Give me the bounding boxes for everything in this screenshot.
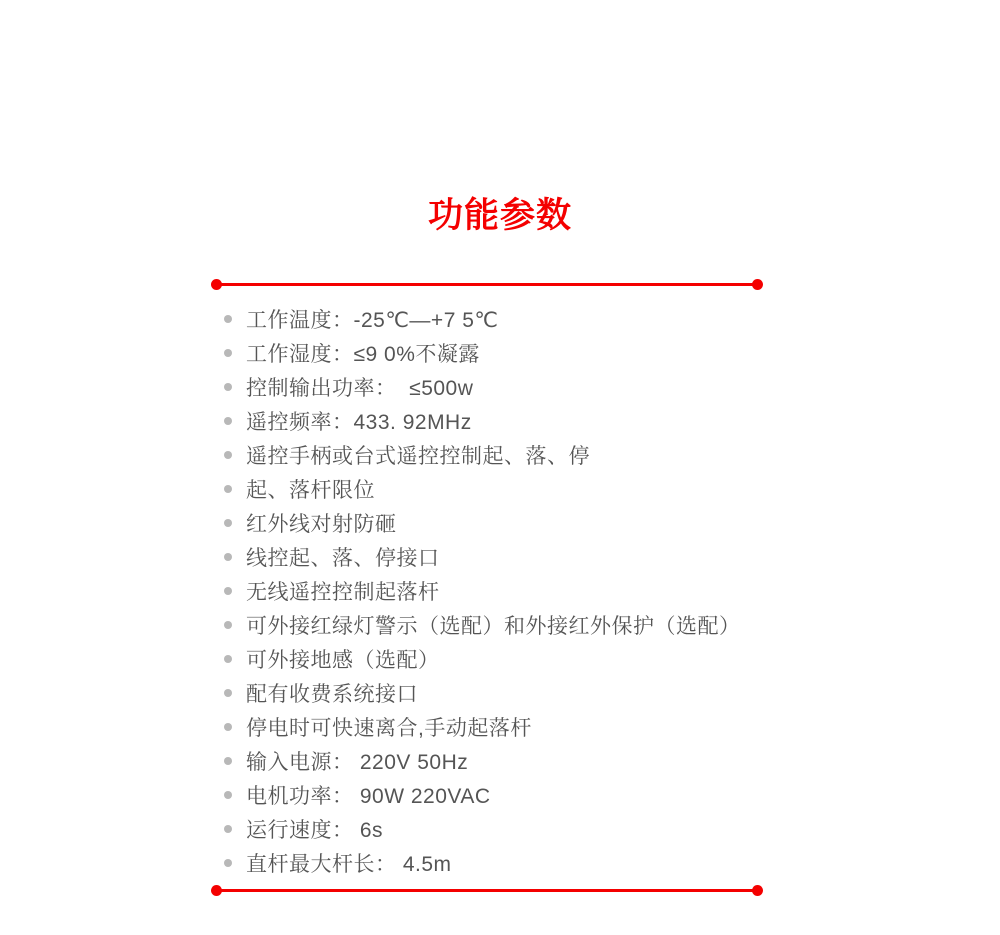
circle-bullet-icon xyxy=(224,315,232,323)
list-item: 遥控频率：433. 92MHz xyxy=(224,404,784,438)
list-item: 起、落杆限位 xyxy=(224,472,784,506)
circle-bullet-icon xyxy=(224,383,232,391)
divider-rule-top xyxy=(216,283,758,286)
list-item: 红外线对射防砸 xyxy=(224,506,784,540)
circle-bullet-icon xyxy=(224,859,232,867)
spec-item-text: 红外线对射防砸 xyxy=(246,508,397,538)
circle-bullet-icon xyxy=(224,689,232,697)
spec-item-text: 控制输出功率： ≤500w xyxy=(246,372,473,402)
circle-bullet-icon xyxy=(224,621,232,629)
spec-item-text: 起、落杆限位 xyxy=(246,474,375,504)
circle-bullet-icon xyxy=(224,757,232,765)
list-item: 可外接地感（选配） xyxy=(224,642,784,676)
list-item: 工作湿度：≤9 0%不凝露 xyxy=(224,336,784,370)
list-item: 运行速度： 6s xyxy=(224,812,784,846)
circle-bullet-icon xyxy=(224,825,232,833)
page-title: 功能参数 xyxy=(0,197,1000,234)
circle-bullet-icon xyxy=(224,553,232,561)
spec-item-text: 配有收费系统接口 xyxy=(246,678,418,708)
spec-item-text: 遥控频率：433. 92MHz xyxy=(246,406,472,436)
divider-rule-bottom xyxy=(216,889,758,892)
circle-bullet-icon xyxy=(224,417,232,425)
list-item: 配有收费系统接口 xyxy=(224,676,784,710)
spec-item-text: 可外接地感（选配） xyxy=(246,644,440,674)
spec-item-text: 线控起、落、停接口 xyxy=(246,542,440,572)
spec-item-text: 停电时可快速离合,手动起落杆 xyxy=(246,712,532,742)
spec-item-text: 运行速度： 6s xyxy=(246,814,383,844)
circle-bullet-icon xyxy=(224,587,232,595)
list-item: 工作温度：-25℃—+7 5℃ xyxy=(224,302,784,336)
spec-item-text: 电机功率： 90W 220VAC xyxy=(246,780,491,810)
spec-list: 工作温度：-25℃—+7 5℃工作湿度：≤9 0%不凝露控制输出功率： ≤500… xyxy=(224,302,784,880)
spec-item-text: 直杆最大杆长： 4.5m xyxy=(246,848,452,878)
circle-bullet-icon xyxy=(224,723,232,731)
circle-bullet-icon xyxy=(224,451,232,459)
list-item: 停电时可快速离合,手动起落杆 xyxy=(224,710,784,744)
circle-bullet-icon xyxy=(224,519,232,527)
list-item: 可外接红绿灯警示（选配）和外接红外保护（选配） xyxy=(224,608,784,642)
spec-item-text: 工作温度：-25℃—+7 5℃ xyxy=(246,304,498,334)
list-item: 无线遥控控制起落杆 xyxy=(224,574,784,608)
list-item: 遥控手柄或台式遥控控制起、落、停 xyxy=(224,438,784,472)
list-item: 直杆最大杆长： 4.5m xyxy=(224,846,784,880)
circle-bullet-icon xyxy=(224,791,232,799)
spec-item-text: 无线遥控控制起落杆 xyxy=(246,576,440,606)
spec-item-text: 输入电源： 220V 50Hz xyxy=(246,746,468,776)
list-item: 输入电源： 220V 50Hz xyxy=(224,744,784,778)
circle-bullet-icon xyxy=(224,485,232,493)
spec-item-text: 可外接红绿灯警示（选配）和外接红外保护（选配） xyxy=(246,610,741,640)
list-item: 线控起、落、停接口 xyxy=(224,540,784,574)
circle-bullet-icon xyxy=(224,349,232,357)
circle-bullet-icon xyxy=(224,655,232,663)
spec-item-text: 工作湿度：≤9 0%不凝露 xyxy=(246,338,480,368)
list-item: 控制输出功率： ≤500w xyxy=(224,370,784,404)
spec-item-text: 遥控手柄或台式遥控控制起、落、停 xyxy=(246,440,590,470)
list-item: 电机功率： 90W 220VAC xyxy=(224,778,784,812)
product-spec-page: 功能参数 工作温度：-25℃—+7 5℃工作湿度：≤9 0%不凝露控制输出功率：… xyxy=(0,0,1000,935)
